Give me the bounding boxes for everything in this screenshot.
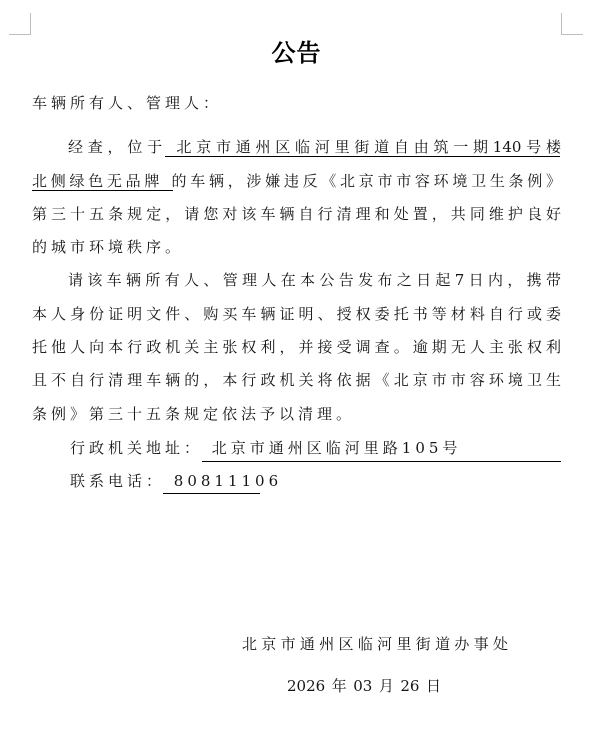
paragraph-line: 的城市环境秩序。 (32, 231, 184, 264)
margin-corner-mark-top-left-horizontal (9, 34, 31, 35)
address-value: 北京市通州区临河里路105号 (203, 439, 461, 457)
underline-rule (32, 190, 173, 191)
paragraph-line-text: 托他人向本行政机关主张权利，并接受调查。逾期无人主张权利 (32, 338, 561, 356)
paragraph-line: 条例》第三十五条规定依法予以清理。 (32, 398, 355, 431)
salutation: 车辆所有人、管理人： (32, 87, 222, 120)
notice-title: 公告 (32, 38, 561, 68)
document-page: 公告 车辆所有人、管理人： 经查，位于 北京市通州区临河里街道自由筑一期140号… (0, 0, 612, 729)
vehicle-description-underlined: 北侧绿色无品牌 (32, 172, 172, 190)
vehicle-location-underlined: 北京市通州区临河里街道自由筑一期140号楼 (167, 138, 561, 156)
issuer-name: 北京市通州区临河里街道办事处 (242, 635, 508, 653)
address-label: 行政机关地址： (70, 439, 203, 457)
underline-rule (163, 493, 260, 494)
inspection-lead-text: 经查，位于 (68, 138, 167, 156)
paragraph-line: 北侧绿色无品牌 的车辆，涉嫌违反《北京市市容环境卫生条例》 (32, 165, 561, 198)
paragraph-line: 托他人向本行政机关主张权利，并接受调查。逾期无人主张权利 (32, 331, 561, 364)
issue-date: 2026年03月26日 (287, 670, 441, 703)
paragraph-line: 本人身份证明文件、购买车辆证明、授权委托书等材料自行或委 (32, 298, 561, 331)
paragraph-line-text: 且不自行清理车辆的，本行政机关将依据《北京市市容环境卫生 (32, 371, 561, 389)
phone-label: 联系电话： (70, 472, 165, 490)
paragraph-line-text: 请该车辆所有人、管理人在本公告发布之日起7日内，携带 (68, 271, 561, 289)
paragraph-line: 请该车辆所有人、管理人在本公告发布之日起7日内，携带 (68, 264, 561, 297)
margin-corner-mark-top-right-vertical (561, 13, 562, 35)
violation-text: 的车辆，涉嫌违反《北京市市容环境卫生条例》 (172, 172, 561, 190)
paragraph-line-text: 本人身份证明文件、购买车辆证明、授权委托书等材料自行或委 (32, 305, 561, 323)
underline-rule (202, 461, 561, 462)
paragraph-line: 第三十五条规定，请您对该车辆自行清理和处置，共同维护良好 (32, 198, 561, 231)
paragraph-line: 经查，位于 北京市通州区临河里街道自由筑一期140号楼 (68, 131, 561, 164)
paragraph-line-text: 第三十五条规定，请您对该车辆自行清理和处置，共同维护良好 (32, 205, 561, 223)
margin-corner-mark-top-right-horizontal (561, 34, 583, 35)
issuer-signature: 北京市通州区临河里街道办事处 (242, 628, 508, 661)
paragraph-line: 且不自行清理车辆的，本行政机关将依据《北京市市容环境卫生 (32, 364, 561, 397)
issue-date-text: 2026年03月26日 (287, 677, 441, 695)
underline-rule (165, 156, 560, 157)
phone-value: 80811106 (165, 472, 282, 490)
margin-corner-mark-top-left-vertical (30, 13, 31, 35)
